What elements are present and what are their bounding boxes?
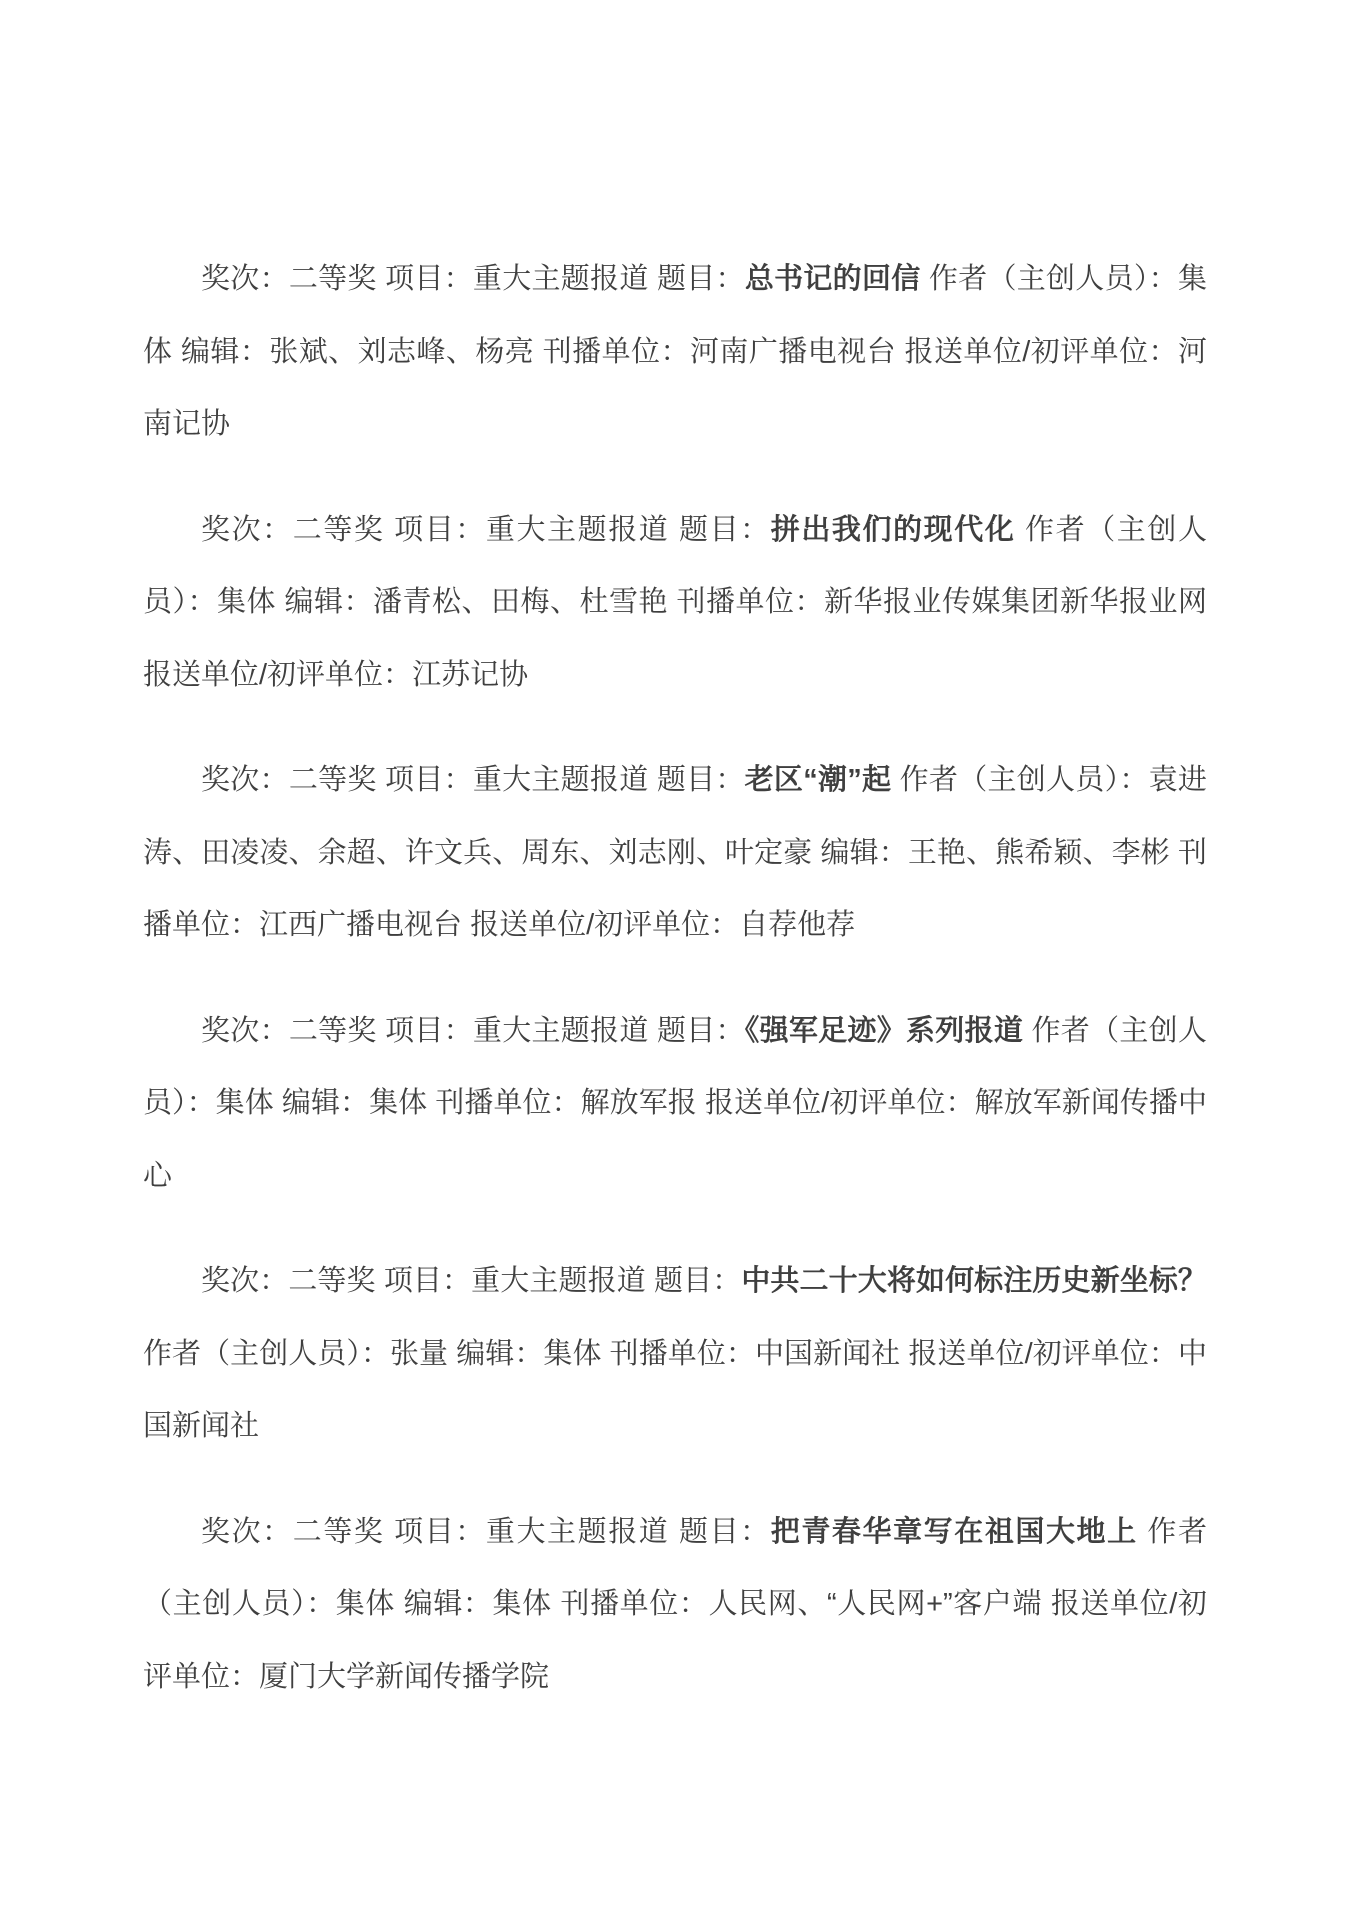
award-level: 二等奖 xyxy=(293,514,385,546)
category-label: 项目： xyxy=(385,263,473,295)
work-title: 拼出我们的现代化 xyxy=(771,514,1016,546)
title-label: 题目： xyxy=(679,1516,771,1548)
publisher-label: 刊播单位： xyxy=(560,1588,708,1620)
editors: 集体 xyxy=(543,1338,601,1370)
authors-label: 作者（主创人员）： xyxy=(929,263,1178,295)
title-label: 题目： xyxy=(679,514,771,546)
award-level: 二等奖 xyxy=(288,1265,375,1297)
award-level-label: 奖次： xyxy=(201,764,289,796)
title-label: 题目： xyxy=(657,263,745,295)
publisher: 江西广播电视台 xyxy=(259,909,462,941)
award-level: 二等奖 xyxy=(293,1516,385,1548)
editors: 集体 xyxy=(493,1588,552,1620)
editors: 集体 xyxy=(369,1087,427,1119)
award-level-label: 奖次： xyxy=(201,1015,289,1047)
submitter-label: 报送单位/初评单位： xyxy=(905,336,1178,368)
category-label: 项目： xyxy=(385,1015,473,1047)
award-level-label: 奖次： xyxy=(201,1265,288,1297)
publisher: 解放军报 xyxy=(581,1087,697,1119)
award-entry-4: 奖次：二等奖 项目：重大主题报道 题目：《强军足迹》系列报道 作者（主创人员）：… xyxy=(143,995,1207,1213)
title-label: 题目： xyxy=(654,1265,741,1297)
work-title: 《强军足迹》系列报道 xyxy=(745,1015,1023,1047)
authors: 张量 xyxy=(390,1338,448,1370)
award-level-label: 奖次： xyxy=(201,263,289,295)
authors: 集体 xyxy=(217,586,276,618)
editors-label: 编辑： xyxy=(285,586,373,618)
award-level: 二等奖 xyxy=(289,263,377,295)
category: 重大主题报道 xyxy=(486,514,669,546)
title-label: 题目： xyxy=(657,1015,745,1047)
award-entry-3: 奖次：二等奖 项目：重大主题报道 题目：老区“潮”起 作者（主创人员）：袁进涛、… xyxy=(143,744,1207,962)
authors-label: 作者（主创人员）： xyxy=(143,1338,390,1370)
category: 重大主题报道 xyxy=(473,764,649,796)
authors: 集体 xyxy=(216,1087,274,1119)
publisher: 新华报业传媒集团新华报业网 xyxy=(824,586,1207,618)
editors: 王艳、熊希颖、李彬 xyxy=(908,837,1170,869)
award-level-label: 奖次： xyxy=(201,514,293,546)
work-title: 把青春华章写在祖国大地上 xyxy=(771,1516,1138,1548)
submitter: 江苏记协 xyxy=(412,659,528,691)
editors-label: 编辑： xyxy=(821,837,908,869)
editors: 张斌、刘志峰、杨亮 xyxy=(269,336,534,368)
category: 重大主题报道 xyxy=(473,263,649,295)
publisher-label: 刊播单位： xyxy=(435,1087,580,1119)
authors: 集体 xyxy=(336,1588,395,1620)
editors-label: 编辑： xyxy=(404,1588,493,1620)
submitter-label: 报送单位/初评单位： xyxy=(908,1338,1178,1370)
publisher: 人民网、“人民网+”客户端 xyxy=(709,1588,1043,1620)
category: 重大主题报道 xyxy=(471,1265,646,1297)
award-entry-2: 奖次：二等奖 项目：重大主题报道 题目：拼出我们的现代化 作者（主创人员）：集体… xyxy=(143,494,1207,712)
category: 重大主题报道 xyxy=(486,1516,669,1548)
work-title: 老区“潮”起 xyxy=(745,764,892,796)
work-title: 总书记的回信 xyxy=(745,263,921,295)
title-label: 题目： xyxy=(657,764,745,796)
publisher-label: 刊播单位： xyxy=(677,586,824,618)
publisher-label: 刊播单位： xyxy=(543,336,690,368)
submitter-label: 报送单位/初评单位： xyxy=(470,909,739,941)
publisher: 河南广播电视台 xyxy=(690,336,896,368)
editors: 潘青松、田梅、杜雪艳 xyxy=(373,586,668,618)
submitter-label: 报送单位/初评单位： xyxy=(705,1087,975,1119)
editors-label: 编辑： xyxy=(456,1338,543,1370)
award-level-label: 奖次： xyxy=(201,1516,293,1548)
submitter-label: 报送单位/初评单位： xyxy=(143,659,412,691)
submitter: 自荐他荐 xyxy=(739,909,855,941)
award-level: 二等奖 xyxy=(289,764,377,796)
award-list-document: 奖次：二等奖 项目：重大主题报道 题目：总书记的回信 作者（主创人员）：集体 编… xyxy=(143,0,1207,1713)
award-entry-1: 奖次：二等奖 项目：重大主题报道 题目：总书记的回信 作者（主创人员）：集体 编… xyxy=(143,243,1207,461)
award-entry-6: 奖次：二等奖 项目：重大主题报道 题目：把青春华章写在祖国大地上 作者（主创人员… xyxy=(143,1496,1207,1714)
category-label: 项目： xyxy=(394,1516,486,1548)
publisher: 中国新闻社 xyxy=(755,1338,900,1370)
category-label: 项目： xyxy=(385,764,473,796)
authors-label: 作者（主创人员）： xyxy=(900,764,1149,796)
editors-label: 编辑： xyxy=(181,336,269,368)
work-title: 中共二十大将如何标注历史新坐标？ xyxy=(741,1265,1207,1297)
submitter: 厦门大学新闻传播学院 xyxy=(259,1661,549,1693)
award-level: 二等奖 xyxy=(289,1015,377,1047)
category-label: 项目： xyxy=(384,1265,471,1297)
category-label: 项目： xyxy=(394,514,486,546)
editors-label: 编辑： xyxy=(282,1087,369,1119)
category: 重大主题报道 xyxy=(473,1015,649,1047)
award-entry-5: 奖次：二等奖 项目：重大主题报道 题目：中共二十大将如何标注历史新坐标？ 作者（… xyxy=(143,1245,1207,1463)
publisher-label: 刊播单位： xyxy=(610,1338,755,1370)
